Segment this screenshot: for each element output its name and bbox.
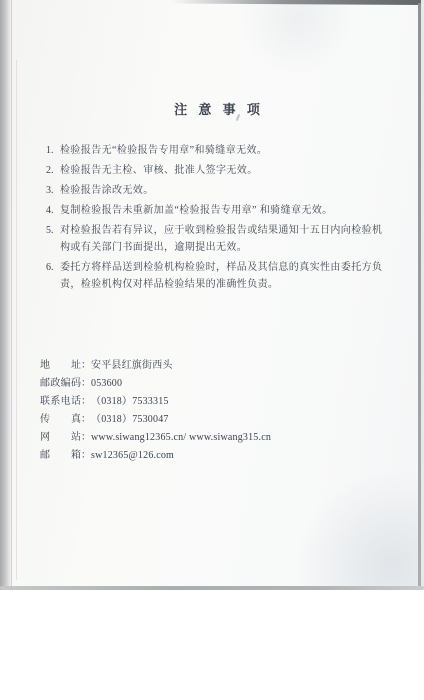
scan-artifact-line	[16, 60, 17, 580]
page-content: 注 意 事 项 1. 检验报告无“检验报告专用章”和骑缝章无效。 2. 检验报告…	[10, 0, 421, 590]
contact-colon: ：	[81, 411, 91, 428]
contact-label: 网站	[40, 429, 81, 446]
scan-edge-left	[0, 0, 11, 592]
note-item-2: 2. 检验报告无主检、审核、批准人签字无效。	[46, 162, 392, 179]
contact-row-address: 地址：安平县红旗街西头	[40, 357, 392, 374]
contact-value: sw12365@126.com	[91, 447, 174, 464]
note-text: 检验报告无“检验报告专用章”和骑缝章无效。	[60, 142, 392, 159]
note-item-4: 4. 复制检验报告未重新加盖“检验报告专用章” 和骑缝章无效。	[46, 202, 392, 219]
contact-colon: ：	[81, 447, 91, 464]
contact-label: 邮箱	[40, 447, 81, 464]
scan-canvas: 注 意 事 项 1. 检验报告无“检验报告专用章”和骑缝章无效。 2. 检验报告…	[0, 0, 424, 700]
note-text: 检验报告涂改无效。	[60, 182, 392, 199]
scan-background	[0, 590, 424, 700]
note-text: 委托方将样品送到检验机构检验时，样品及其信息的真实性由委托方负责，检验机构仅对样…	[60, 259, 392, 293]
note-text: 检验报告无主检、审核、批准人签字无效。	[60, 162, 392, 179]
note-number: 5.	[46, 222, 60, 256]
contact-row-postcode: 邮政编码：053600	[40, 375, 392, 392]
contact-label: 邮政编码	[40, 375, 81, 392]
scan-artifact-line	[11, 0, 12, 588]
contact-value: www.siwang12365.cn/ www.siwang315.cn	[91, 429, 271, 446]
contact-row-fax: 传真：（0318）7530047	[40, 411, 392, 428]
contact-value: （0318）7530047	[91, 411, 169, 428]
contact-label: 传真	[40, 411, 81, 428]
page-title: 注 意 事 项	[46, 99, 392, 118]
contact-label: 联系电话	[40, 393, 81, 410]
note-text: 对检验报告若有异议，应于收到检验报告或结果通知十五日内向检验机构或有关部门书面提…	[60, 222, 392, 256]
note-item-1: 1. 检验报告无“检验报告专用章”和骑缝章无效。	[46, 142, 392, 159]
contact-value: 053600	[91, 375, 122, 392]
note-item-5: 5. 对检验报告若有异议，应于收到检验报告或结果通知十五日内向检验机构或有关部门…	[46, 222, 392, 256]
note-text: 复制检验报告未重新加盖“检验报告专用章” 和骑缝章无效。	[60, 202, 392, 219]
contact-colon: ：	[81, 375, 91, 392]
document-page: 注 意 事 项 1. 检验报告无“检验报告专用章”和骑缝章无效。 2. 检验报告…	[10, 0, 421, 590]
note-number: 1.	[46, 142, 60, 159]
contact-row-phone: 联系电话：（0318）7533315	[40, 393, 392, 410]
notes-list: 1. 检验报告无“检验报告专用章”和骑缝章无效。 2. 检验报告无主检、审核、批…	[46, 142, 392, 293]
contact-colon: ：	[81, 393, 91, 410]
contact-value: （0318）7533315	[91, 393, 169, 410]
note-item-3: 3. 检验报告涂改无效。	[46, 182, 392, 199]
note-item-6: 6. 委托方将样品送到检验机构检验时，样品及其信息的真实性由委托方负责，检验机构…	[46, 259, 392, 293]
note-number: 2.	[46, 162, 60, 179]
note-number: 6.	[46, 259, 60, 293]
contact-block: 地址：安平县红旗街西头 邮政编码：053600 联系电话：（0318）75333…	[40, 357, 392, 464]
contact-label: 地址	[40, 357, 81, 374]
contact-colon: ：	[81, 429, 91, 446]
contact-colon: ：	[81, 357, 91, 374]
contact-value: 安平县红旗街西头	[91, 357, 173, 374]
contact-row-website: 网站：www.siwang12365.cn/ www.siwang315.cn	[40, 429, 392, 446]
contact-row-email: 邮箱：sw12365@126.com	[40, 447, 392, 464]
note-number: 4.	[46, 202, 60, 219]
note-number: 3.	[46, 182, 60, 199]
